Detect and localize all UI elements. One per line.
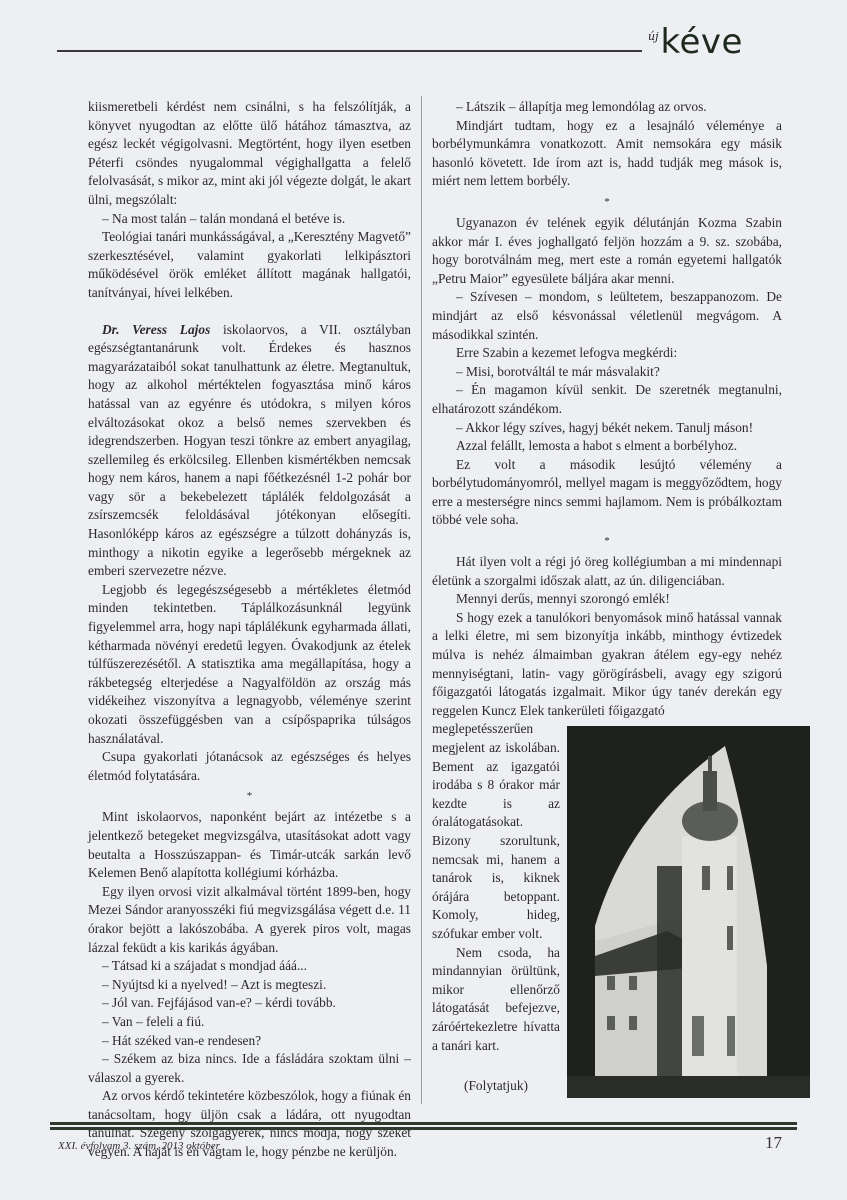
dialogue-line: – Én magamon kívül senkit. De szeretnék …: [432, 381, 782, 418]
header-rule: [57, 50, 642, 52]
paragraph: Hát ilyen volt a régi jó öreg kollégiumb…: [432, 553, 782, 590]
magazine-logo: új kéve: [648, 22, 743, 72]
page-number: 17: [765, 1133, 782, 1153]
issue-info: XXI. évfolyam 3. szám, 2013 október: [58, 1140, 220, 1152]
paragraph: meglepetésszerűen megjelent az iskolában…: [432, 720, 560, 943]
dialogue-line: – Jól van. Fejfájásod van-e? – kérdi tov…: [88, 994, 411, 1013]
paragraph: Ez volt a második lesújtó vélemény a bor…: [432, 456, 782, 530]
dialogue-line: – Hát széked van-e rendesen?: [88, 1032, 411, 1051]
logo-small-text: új: [648, 30, 659, 43]
paragraph: Mint iskolaorvos, naponként bejárt az in…: [88, 808, 411, 882]
dialogue-line: – Tátsad ki a szájadat s mondjad ááá...: [88, 957, 411, 976]
dialogue-line: – Látszik – állapítja meg lemondólag az …: [432, 98, 782, 117]
paragraph: Ugyanazon év telének egyik délutánján Ko…: [432, 214, 782, 288]
dialogue-line: – Van – feleli a fiú.: [88, 1013, 411, 1032]
paragraph: Csupa gyakorlati jótanácsok az egészsége…: [88, 748, 411, 785]
person-name: Dr. Veress Lajos: [102, 322, 210, 337]
paragraph: Mennyi derűs, mennyi szorongó emlék!: [432, 590, 782, 609]
continued-note: (Folytatjuk): [432, 1077, 560, 1096]
section-separator: *: [432, 530, 782, 553]
dialogue-line: – Székem az biza nincs. Ide a fásládára …: [88, 1050, 411, 1087]
paragraph: Erre Szabin a kezemet lefogva megkérdi:: [432, 344, 782, 363]
logo-main-text: kéve: [661, 22, 743, 62]
column-divider: [421, 96, 422, 1104]
paragraph: Teológiai tanári munkásságával, a „Keres…: [88, 228, 411, 302]
left-column: kiismeretbeli kérdést nem csinálni, s ha…: [88, 98, 411, 1162]
church-photo: [567, 726, 810, 1098]
section-separator: *: [432, 191, 782, 214]
dialogue-line: – Szívesen – mondom, s leültetem, beszap…: [432, 288, 782, 344]
paragraph: Dr. Veress Lajos iskolaorvos, a VII. osz…: [88, 321, 411, 581]
text-beside-photo: meglepetésszerűen megjelent az iskolában…: [432, 720, 560, 1095]
dialogue-line: – Akkor légy szíves, hagyj békét nekem. …: [432, 419, 782, 438]
footer-rule: [50, 1122, 797, 1125]
paragraph: Egy ilyen orvosi vizit alkalmával történ…: [88, 883, 411, 957]
dialogue-line: – Misi, borotváltál te már másvalakit?: [432, 363, 782, 382]
section-separator: *: [88, 785, 411, 808]
paragraph: Legjobb és legegészségesebb a mértéklete…: [88, 581, 411, 748]
dialogue-line: – Na most talán – talán mondaná el betév…: [88, 210, 411, 229]
paragraph: Nem csoda, ha mindannyian örültünk, miko…: [432, 944, 560, 1056]
dialogue-line: – Nyújtsd ki a nyelved! – Azt is megtesz…: [88, 976, 411, 995]
paragraph: Mindjárt tudtam, hogy ez a lesajnáló vél…: [432, 117, 782, 191]
paragraph: Azzal felállt, lemosta a habot s elment …: [432, 437, 782, 456]
footer-rule: [50, 1127, 797, 1130]
paragraph: S hogy ezek a tanulókori benyomások minő…: [432, 609, 782, 721]
paragraph: kiismeretbeli kérdést nem csinálni, s ha…: [88, 98, 411, 210]
